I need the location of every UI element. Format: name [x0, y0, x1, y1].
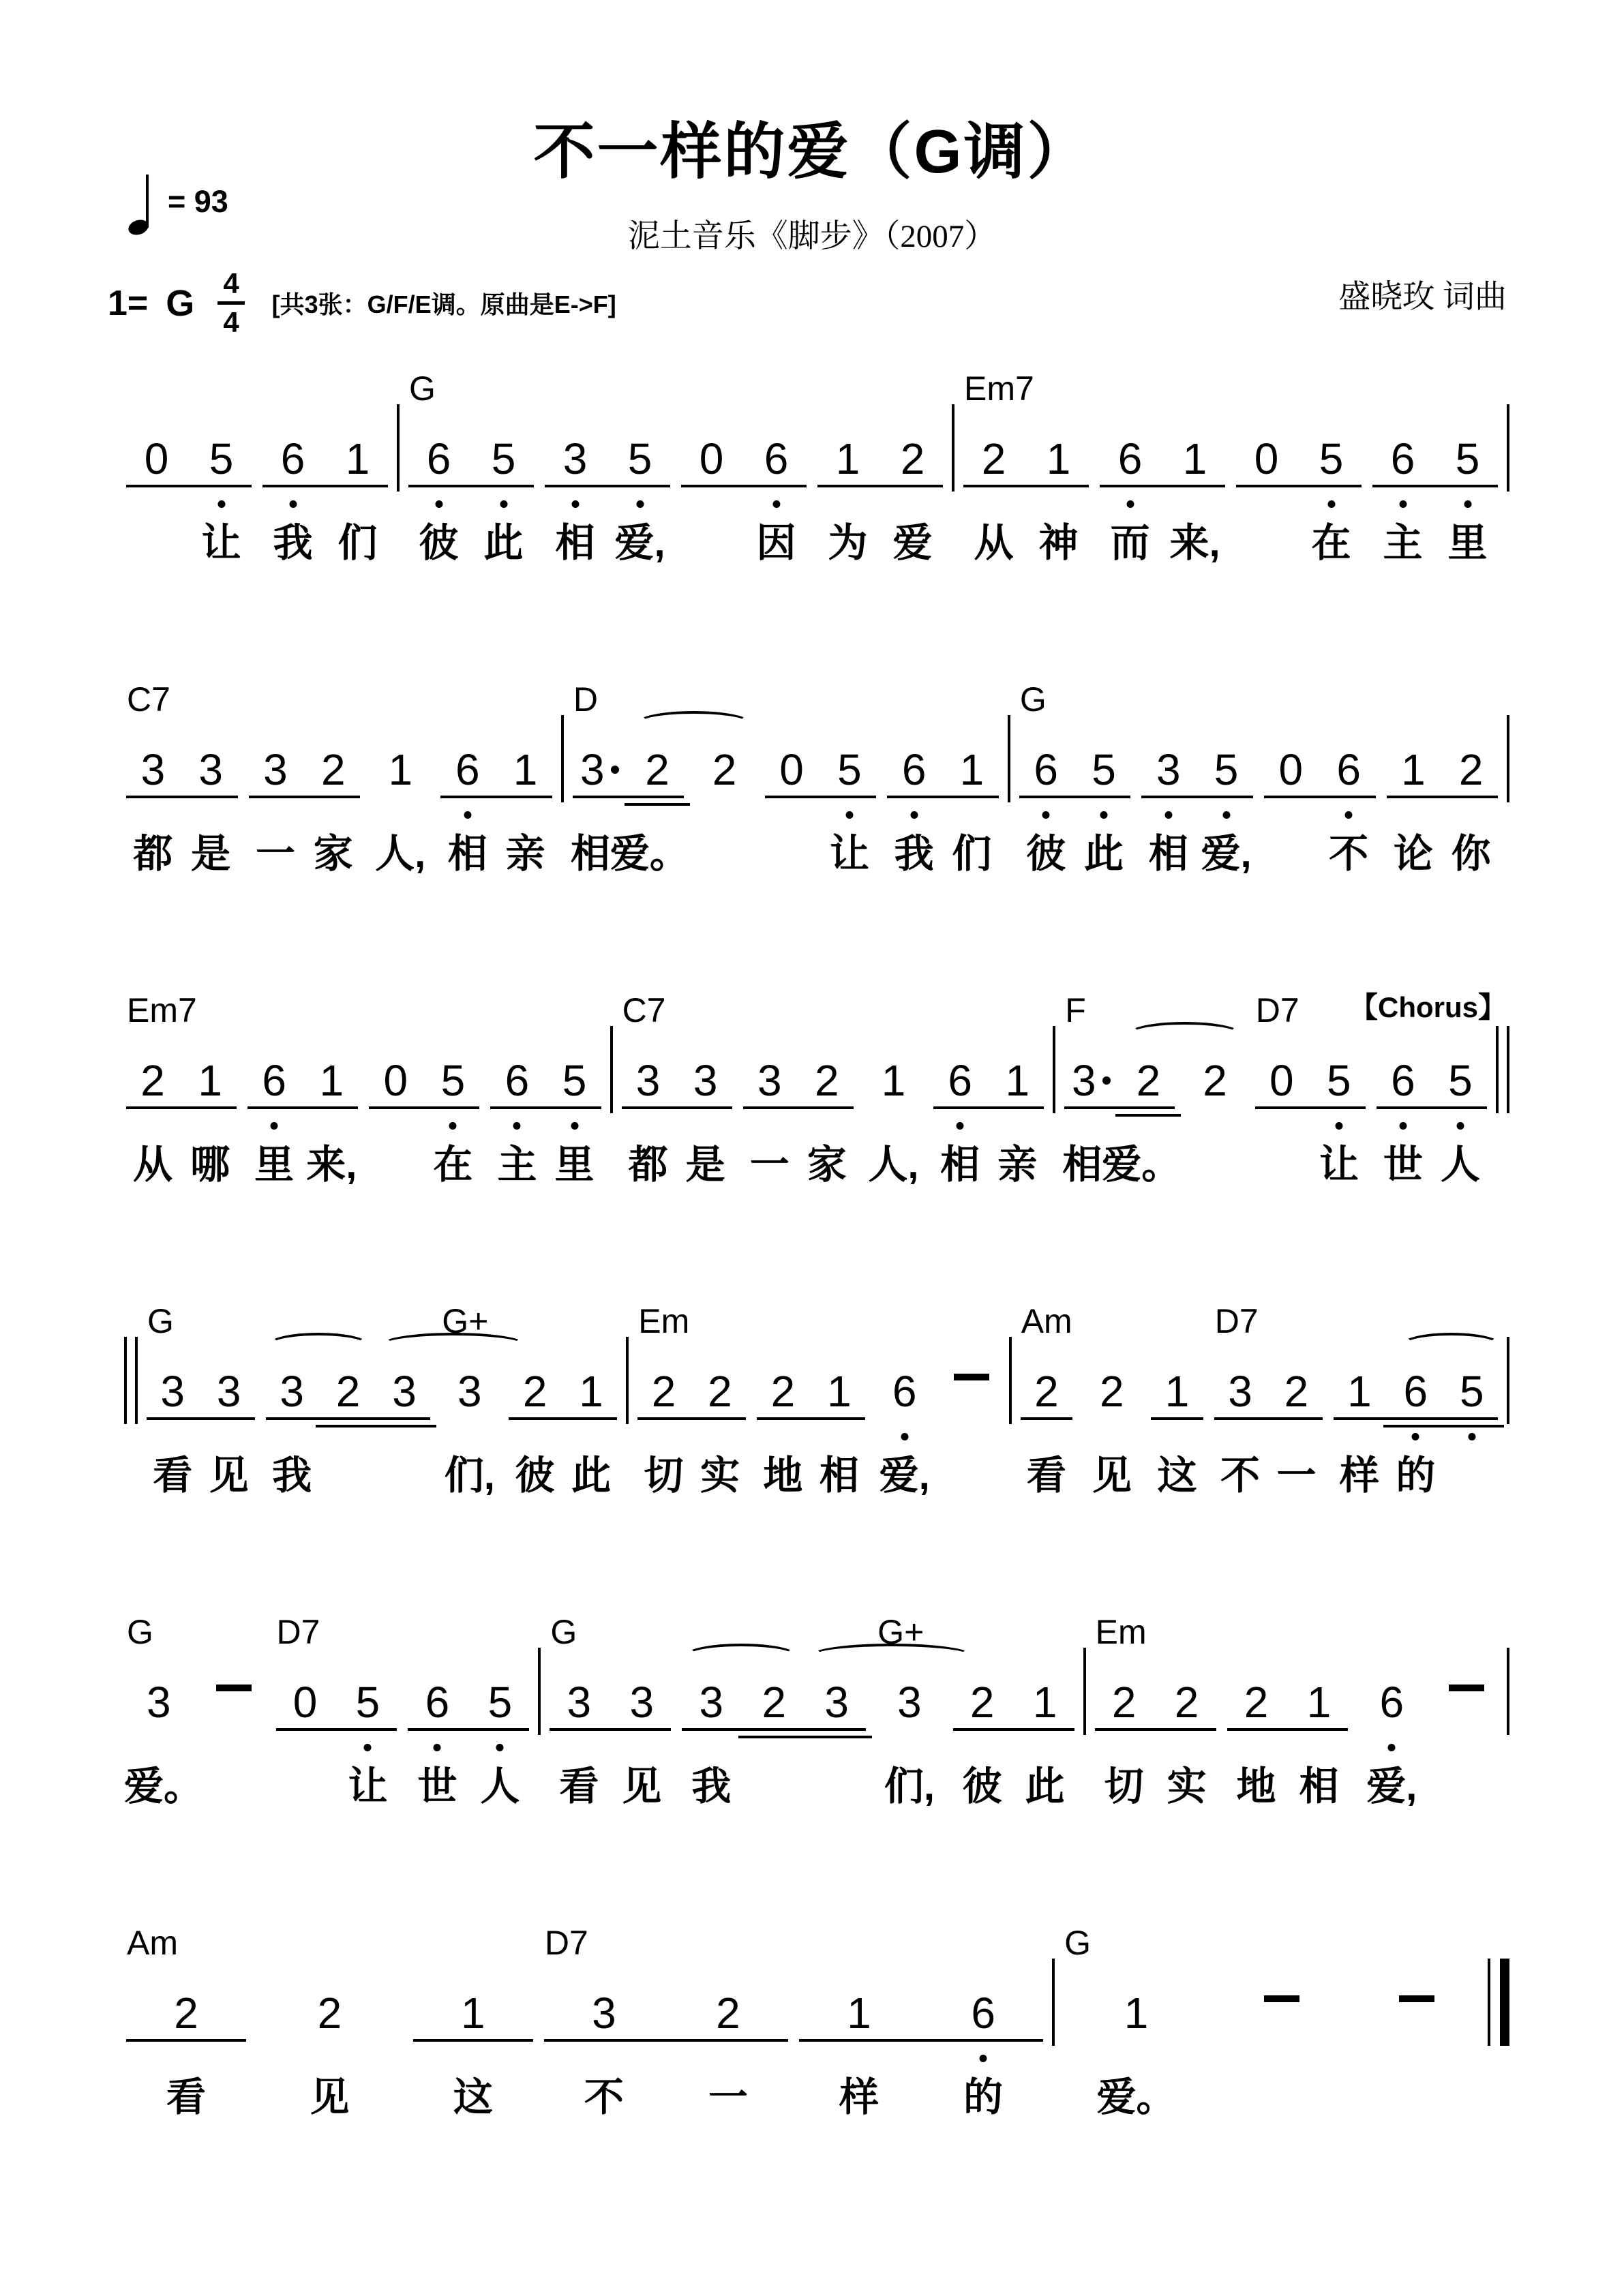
note-digit: 5 — [1327, 1060, 1351, 1101]
lyric-row: 样的 — [1332, 1454, 1500, 1515]
note: 1 — [1332, 1371, 1387, 1412]
extension-dash — [942, 1360, 1002, 1515]
beam-group: Am2看 — [1019, 1360, 1074, 1515]
final-barline — [1488, 1982, 1509, 2137]
barline — [538, 1671, 541, 1826]
lyric-syllable: 相 — [571, 832, 610, 876]
lyric-syllable: 人 — [1432, 1143, 1489, 1187]
lyric-syllable: 从 — [124, 1143, 181, 1187]
barline — [561, 738, 564, 894]
low-octave-dot-icon — [513, 1122, 521, 1130]
note-digit: 1 — [836, 438, 860, 479]
tie-arc — [1402, 1333, 1500, 1356]
note: 1 — [943, 749, 1001, 790]
eighth-beam-line — [413, 2039, 533, 2042]
chord-label: Em — [1096, 1615, 1147, 1649]
note-digit: 3 — [263, 749, 288, 790]
measure-row: G33看见323我G+3们,21彼此Em22切实21地相6爱,Am2看2见1这D… — [124, 1360, 1509, 1515]
eighth-beam-line — [276, 1728, 397, 1731]
note: 6 — [874, 1371, 935, 1412]
note: 6 — [885, 749, 943, 790]
beam-group: 323我 — [680, 1671, 868, 1826]
lyric-syllable: 一 — [666, 2076, 790, 2119]
lyric-row: 看 — [1019, 1454, 1074, 1515]
note: 2 — [1093, 1682, 1156, 1723]
eighth-beam-line — [509, 1417, 617, 1420]
time-signature: 4 4 — [217, 267, 244, 339]
beam-group: D705让 — [1253, 1049, 1368, 1205]
chord-label: D7 — [545, 1926, 588, 1960]
lyric-syllable: 看 — [547, 1765, 610, 1809]
lyric-syllable: 见 — [1081, 1454, 1142, 1498]
beam-group: 61而来, — [1098, 427, 1227, 583]
lyric-syllable: 你 — [1442, 832, 1500, 876]
measure-row: G3爱。D705让65世人G33看见323我G+3们,21彼此Em22切实21地… — [124, 1671, 1509, 1826]
lyric-syllable: 实 — [692, 1454, 748, 1498]
lyric-row: 世人 — [1374, 1143, 1489, 1205]
note-digit: 6 — [764, 438, 789, 479]
note-digit: 6 — [1336, 749, 1361, 790]
lyric-syllable: 爱, — [874, 1454, 935, 1498]
note: 5 — [471, 438, 536, 479]
note: 3 — [247, 749, 305, 790]
note-digit: 3 — [1228, 1371, 1252, 1412]
beam-group: 05在 — [367, 1049, 481, 1205]
lyric-row: 相亲 — [931, 1143, 1046, 1205]
note-digit: 1 — [1005, 1060, 1029, 1101]
lyric-syllable: 一 — [1268, 1454, 1324, 1498]
note: 3 — [805, 1682, 868, 1723]
eighth-beam-line — [743, 1106, 854, 1109]
chord-label: G — [147, 1304, 174, 1338]
beam-group: 35相爱, — [543, 427, 672, 583]
beam-group: D705让 — [274, 1671, 400, 1826]
chord-label: G — [127, 1615, 153, 1649]
lyric-syllable: 相 — [811, 1454, 867, 1498]
eighth-beam-line — [799, 2039, 1043, 2042]
lyric-row: 都是 — [620, 1143, 734, 1205]
lyric-syllable: 地 — [1225, 1765, 1288, 1809]
eighth-beam-line — [953, 1728, 1074, 1731]
beam-group: 21地相 — [1225, 1671, 1351, 1826]
rest-note: 0 — [367, 1060, 424, 1101]
lyric-syllable: 不 — [1212, 1454, 1268, 1498]
note-digit: 3 — [580, 749, 605, 790]
low-octave-dot-icon — [1412, 1433, 1419, 1440]
lyric-syllable: 是 — [182, 832, 240, 876]
note: 3 — [543, 438, 607, 479]
lyric-row: 地相 — [1225, 1765, 1351, 1826]
eighth-beam-line — [637, 1417, 746, 1420]
note-digit: 6 — [1391, 1060, 1415, 1101]
lyric-syllable: 见 — [255, 2076, 404, 2119]
low-octave-dot-icon — [364, 1744, 372, 1751]
low-octave-dot-icon — [571, 1122, 578, 1130]
eighth-beam-line — [1264, 796, 1376, 798]
lyric-syllable: 都 — [620, 1143, 677, 1187]
note: 1 — [797, 1993, 921, 2034]
note: 3 — [547, 1682, 610, 1723]
eighth-beam-line — [369, 1106, 479, 1109]
note-digit: 3 — [1156, 749, 1181, 790]
note-digit: 6 — [427, 438, 451, 479]
lyric-syllable: 彼 — [507, 1454, 562, 1498]
lyric-syllable: 让 — [820, 832, 878, 876]
note: 2 — [1225, 1682, 1288, 1723]
lyric-syllable: 主 — [488, 1143, 545, 1187]
eighth-beam-line — [408, 485, 534, 487]
eighth-beam-line — [963, 485, 1089, 487]
low-octave-dot-icon — [1100, 811, 1107, 819]
note: 2 — [742, 1682, 805, 1723]
chord-label: Em7 — [964, 372, 1034, 406]
lyric-syllable: 切 — [1093, 1765, 1156, 1809]
lyric-syllable: 里 — [245, 1143, 303, 1187]
eighth-beam-line — [408, 1728, 529, 1731]
note-digit: 3 — [636, 1060, 661, 1101]
note-digit: 1 — [882, 1060, 906, 1101]
lyric-row: 里来, — [245, 1143, 360, 1205]
score-line: 05让61我们G65彼此35相爱,06因12为爱Em721从神61而来,05在6… — [124, 365, 1509, 583]
eighth-beam-line — [126, 2039, 246, 2042]
lyric-syllable: 爱。 — [610, 832, 689, 876]
beam-group: 165样的 — [1332, 1360, 1500, 1515]
edition-note: [共3张：G/F/E调。原曲是E->F] — [272, 286, 616, 320]
song-subtitle: 泥土音乐《脚步》（2007） — [0, 220, 1624, 255]
lyric-row: 爱。 — [124, 1765, 194, 1826]
lyric-row — [693, 832, 755, 894]
eighth-beam-line — [126, 796, 238, 798]
note-digit: 6 — [262, 1060, 286, 1101]
low-octave-dot-icon — [1335, 1122, 1342, 1130]
eighth-beam-line — [1334, 1417, 1498, 1420]
lyric-syllable: 我 — [260, 522, 325, 565]
note-digit: 6 — [425, 1682, 450, 1723]
lyric-row: 样的 — [797, 2076, 1045, 2137]
lyric-syllable: 看 — [124, 2076, 248, 2119]
note: 6 — [1320, 749, 1378, 790]
low-octave-dot-icon — [464, 811, 471, 819]
lyric-row: 相爱, — [543, 522, 672, 583]
lyric-syllable: 人, — [369, 832, 432, 876]
augmentation-dot-icon — [611, 766, 619, 774]
lyric-row: 相爱, — [1139, 832, 1255, 894]
note: 2 — [320, 1371, 376, 1412]
rest-note: 0 — [124, 438, 189, 479]
note-digit: 6 — [971, 1993, 995, 2034]
beam-group: 32一家 — [247, 738, 363, 894]
lyric-syllable: 此 — [471, 522, 536, 565]
note-digit: 5 — [492, 438, 516, 479]
beam-group: 21彼此 — [507, 1360, 619, 1515]
note: 2 — [629, 749, 687, 790]
note-cell: 2见 — [1081, 1360, 1142, 1515]
eighth-beam-line — [622, 1106, 732, 1109]
note: 1 — [1014, 1682, 1077, 1723]
note-digit: 1 — [1124, 1993, 1149, 2034]
double-barline — [124, 1360, 138, 1515]
lyric-row: 让 — [124, 522, 254, 583]
tie-arc — [637, 711, 749, 734]
beam-group: 06因 — [679, 427, 809, 583]
note: 2 — [1019, 1371, 1074, 1412]
note: 1 — [1026, 438, 1091, 479]
rest-note: 0 — [1253, 1060, 1310, 1101]
note-digit: 6 — [1404, 1371, 1428, 1412]
beam-group: 06不 — [1262, 738, 1378, 894]
score-line: G3爱。D705让65世人G33看见323我G+3们,21彼此Em22切实21地… — [124, 1608, 1509, 1826]
note-digit: 5 — [1460, 1371, 1484, 1412]
note: 3 — [264, 1371, 320, 1412]
note: 3 — [1062, 1060, 1119, 1101]
lyric-syllable: 爱。 — [124, 1765, 203, 1809]
dash-icon — [954, 1374, 989, 1380]
barline — [1008, 738, 1010, 894]
note: 2 — [304, 749, 362, 790]
lyric-syllable: 看 — [1019, 1454, 1074, 1498]
eighth-beam-line — [1377, 1106, 1487, 1109]
note-digit: 3 — [198, 749, 223, 790]
note-digit: 2 — [523, 1371, 547, 1412]
eighth-beam-line — [1387, 796, 1499, 798]
beam-group: 65主里 — [488, 1049, 603, 1205]
note-digit: 1 — [1183, 438, 1207, 479]
note: 6 — [1387, 1371, 1443, 1412]
note: 6 — [488, 1060, 545, 1101]
chord-label: D7 — [1215, 1304, 1259, 1338]
extension-dash — [1433, 1671, 1500, 1826]
lyric-syllable: 我 — [885, 832, 943, 876]
lyric-syllable: 的 — [1387, 1454, 1443, 1498]
note: 3 — [875, 1682, 944, 1723]
note-digit: 2 — [174, 1993, 198, 2034]
eighth-beam-line — [1236, 485, 1362, 487]
note: 2 — [755, 1371, 811, 1412]
beam-group: 1这 — [411, 1982, 535, 2137]
note: 2 — [507, 1371, 562, 1412]
extension-dash — [1353, 1982, 1481, 2137]
eighth-beam-line — [1021, 1417, 1072, 1420]
barline — [626, 1360, 629, 1515]
lyric-row: 见 — [255, 2076, 404, 2137]
note: 1 — [563, 1371, 619, 1412]
note: 2 — [961, 438, 1026, 479]
note-digit: 3 — [457, 1371, 482, 1412]
note-digit: 0 — [779, 749, 804, 790]
lyric-row: 在 — [1234, 522, 1364, 583]
note: 3 — [200, 1371, 256, 1412]
rest-note: 0 — [1262, 749, 1320, 790]
note: 1 — [181, 1060, 239, 1101]
lyric-syllable: 从 — [961, 522, 1026, 565]
score-line: C733都是32一家1人,61相亲D32相爱。205让61我们G65彼此35相爱… — [124, 676, 1509, 894]
lyric-syllable: 世 — [1374, 1143, 1432, 1187]
note: 5 — [468, 1682, 531, 1723]
note-digit: 1 — [461, 1993, 485, 2034]
note: 3 — [1212, 1371, 1268, 1412]
lyric-row: 主里 — [1370, 522, 1500, 583]
rest-note: 0 — [274, 1682, 337, 1723]
note-digit: 5 — [628, 438, 652, 479]
note: 3 — [620, 1060, 677, 1101]
beam-group: 61里来, — [245, 1049, 360, 1205]
lyric-syllable: 是 — [677, 1143, 734, 1187]
note-digit: 2 — [1459, 749, 1484, 790]
eighth-beam-line — [266, 1417, 430, 1420]
dash-icon — [1399, 1995, 1434, 2002]
beam-group: 65世人 — [406, 1671, 531, 1826]
lyric-row: 让 — [1253, 1143, 1368, 1205]
lyric-syllable: 来, — [303, 1143, 360, 1187]
lyric-row: 相爱。 — [1062, 1143, 1177, 1205]
eighth-beam-line — [887, 796, 999, 798]
note: 2 — [124, 1993, 248, 2034]
lyric-row: 让 — [763, 832, 879, 894]
lyric-syllable: 样 — [1332, 1454, 1387, 1498]
note: 1 — [862, 1060, 924, 1101]
note-digit: 3 — [1072, 1060, 1096, 1101]
chord-label: Am — [127, 1926, 178, 1960]
note-digit: 1 — [198, 1060, 222, 1101]
lyric-syllable: 见 — [200, 1454, 256, 1498]
note-cell: 6爱, — [1357, 1671, 1426, 1826]
eighth-beam-line — [262, 485, 388, 487]
sixteenth-beam-line — [738, 1736, 809, 1738]
lyric-row: 不 — [1262, 832, 1378, 894]
sixteenth-beam-line — [625, 803, 691, 806]
eighth-beam-line — [817, 485, 943, 487]
note-digit: 2 — [321, 749, 346, 790]
note: 2 — [880, 438, 945, 479]
lyric-syllable: 切 — [635, 1454, 691, 1498]
note-cell: G3爱。 — [124, 1671, 194, 1826]
eighth-beam-line — [247, 1106, 358, 1109]
note-digit: 6 — [455, 749, 480, 790]
note-digit: 3 — [897, 1682, 922, 1723]
tie-arc — [811, 1644, 972, 1667]
lyric-row: 不一 — [1212, 1454, 1325, 1515]
beam-group: Em721从神 — [961, 427, 1091, 583]
lyric-syllable: 主 — [1370, 522, 1435, 565]
measure-row: C733都是32一家1人,61相亲D32相爱。205让61我们G65彼此35相爱… — [124, 738, 1509, 894]
note-digit: 2 — [712, 749, 737, 790]
lyric-row: 看 — [124, 2076, 248, 2137]
lyric-syllable: 实 — [1156, 1765, 1218, 1809]
tie-arc — [686, 1644, 797, 1667]
lyric-syllable: 为 — [815, 522, 880, 565]
note-digit: 1 — [579, 1371, 603, 1412]
eighth-beam-line — [126, 485, 252, 487]
composer-credit: 盛晓玫 词曲 — [1338, 271, 1507, 317]
note: 2 — [1442, 749, 1500, 790]
note: 6 — [438, 749, 496, 790]
low-octave-dot-icon — [1164, 811, 1172, 819]
lyric-row: 们, — [875, 1765, 944, 1826]
lyric-row: 人, — [369, 832, 432, 894]
eighth-beam-line — [1095, 1728, 1216, 1731]
low-octave-dot-icon — [901, 1433, 908, 1440]
chord-label: D — [573, 682, 598, 716]
note-digit: 3 — [392, 1371, 417, 1412]
eighth-beam-line — [682, 1728, 866, 1731]
barline — [1052, 1982, 1055, 2137]
note: 6 — [1374, 1060, 1432, 1101]
note-digit: 3 — [160, 1371, 185, 1412]
lyric-syllable: 相 — [543, 522, 607, 565]
low-octave-dot-icon — [435, 500, 442, 508]
lyric-row: 一家 — [247, 832, 363, 894]
lyric-syllable: 彼 — [951, 1765, 1014, 1809]
lyric-row: 不一 — [542, 2076, 790, 2137]
low-octave-dot-icon — [1388, 1744, 1396, 1751]
tie-arc — [269, 1333, 368, 1356]
lyric-syllable: 爱。 — [1102, 1143, 1181, 1187]
note-digit: 1 — [346, 438, 370, 479]
beam-group: 65主里 — [1370, 427, 1500, 583]
note: 6 — [260, 438, 325, 479]
note: 3 — [182, 749, 240, 790]
sixteenth-beam-line — [801, 1736, 872, 1738]
note: 6 — [1098, 438, 1162, 479]
barline — [397, 427, 400, 583]
lyric-syllable: 亲 — [989, 1143, 1046, 1187]
beam-group: 21彼此 — [951, 1671, 1077, 1826]
barline — [1507, 738, 1509, 894]
eighth-beam-line — [933, 1106, 1044, 1109]
score-line: G33看见323我G+3们,21彼此Em22切实21地相6爱,Am2看2见1这D… — [124, 1297, 1509, 1515]
barline — [1053, 1049, 1055, 1205]
lyric-syllable: 们, — [875, 1765, 944, 1809]
note-digit: 3 — [757, 1060, 782, 1101]
beam-group: 21地相 — [755, 1360, 867, 1515]
note: 3 — [1139, 749, 1197, 790]
beam-group: 61我们 — [260, 427, 390, 583]
lyric-row: 都是 — [124, 832, 240, 894]
note-digit: 6 — [948, 1060, 972, 1101]
lyric-syllable: 的 — [921, 2076, 1045, 2119]
note: 3 — [439, 1371, 500, 1412]
score-line: Em721从哪61里来,05在65主里C733都是32一家1人,61相亲F32相… — [124, 986, 1509, 1205]
low-octave-dot-icon — [1222, 811, 1230, 819]
sixteenth-beam-line — [1440, 1425, 1504, 1428]
note-digit: 2 — [1112, 1682, 1137, 1723]
note: 3 — [571, 749, 629, 790]
note: 6 — [931, 1060, 989, 1101]
low-octave-dot-icon — [910, 811, 918, 819]
beam-group: Em721从哪 — [124, 1049, 239, 1205]
lyric-row: 爱。 — [1062, 2076, 1211, 2137]
note-digit: 0 — [1254, 438, 1279, 479]
sixteenth-beam-line — [1383, 1425, 1447, 1428]
eighth-beam-line — [1064, 1106, 1175, 1109]
note-digit: 2 — [1137, 1060, 1161, 1101]
note: 5 — [1444, 1371, 1500, 1412]
note-digit: 2 — [815, 1060, 839, 1101]
beam-group: G33看见 — [145, 1360, 257, 1515]
beam-group: D732不一 — [542, 1982, 790, 2137]
note-digit: 5 — [562, 1060, 587, 1101]
note: 2 — [1081, 1371, 1142, 1412]
note-digit: 2 — [771, 1371, 796, 1412]
note: 2 — [124, 1060, 181, 1101]
lyric-row: 在 — [367, 1143, 481, 1205]
note-digit: 6 — [892, 1371, 917, 1412]
lyric-row: 彼此 — [406, 522, 536, 583]
key-letter: G — [166, 282, 194, 324]
note-digit: 5 — [209, 438, 234, 479]
lyric-syllable: 因 — [744, 522, 809, 565]
beam-group: 05在 — [1234, 427, 1364, 583]
